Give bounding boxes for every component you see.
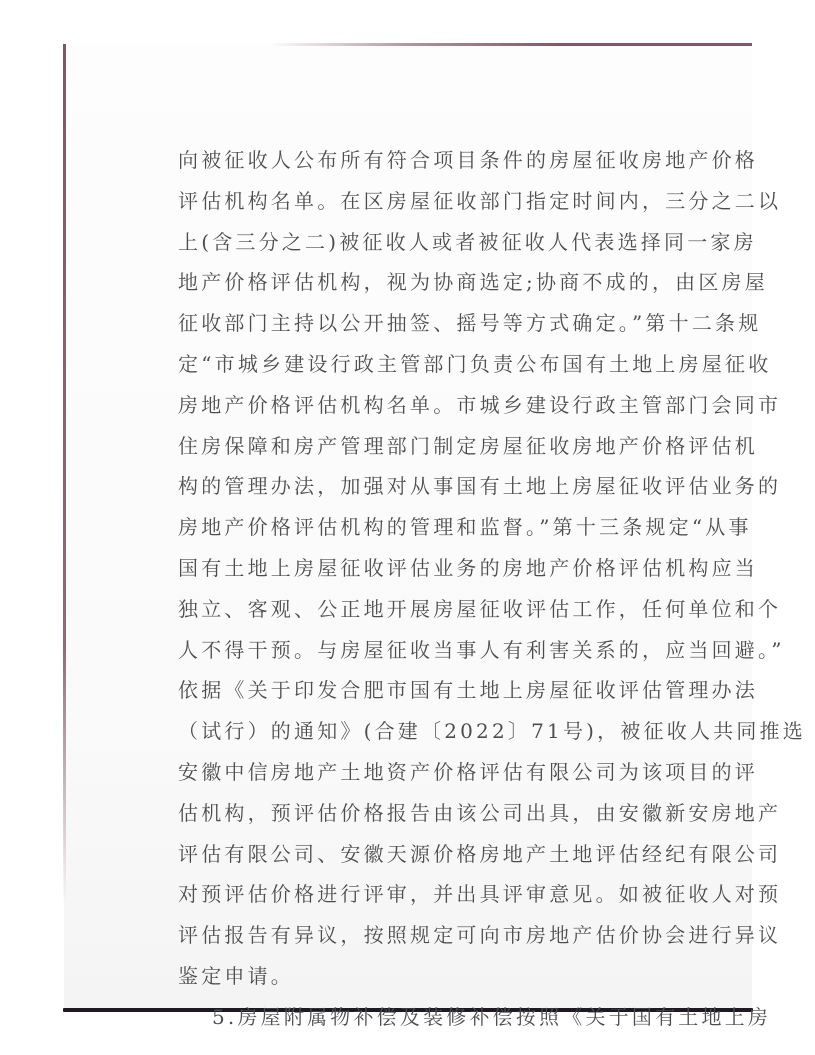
text-line: 5.房屋附属物补偿及装修补偿按照《关于国有土地上房 [178, 997, 648, 1038]
text-line: 评估报告有异议，按照规定可向市房地产估价协会进行异议 [178, 915, 648, 956]
text-line: 鉴定申请。 [178, 956, 648, 997]
page-edge-top [270, 43, 752, 46]
text-line: 上(含三分之二)被征收人或者被征收人代表选择同一家房 [178, 222, 648, 263]
paragraph-evaluation-agency: 向被征收人公布所有符合项目条件的房屋征收房地产价格 评估机构名单。在区房屋征收部… [178, 140, 648, 997]
document-body: 向被征收人公布所有符合项目条件的房屋征收房地产价格 评估机构名单。在区房屋征收部… [178, 140, 648, 1038]
text-line: 对预评估价格进行评审，并出具评审意见。如被征收人对预 [178, 874, 648, 915]
text-line: 依据《关于印发合肥市国有土地上房屋征收评估管理办法 [178, 670, 648, 711]
text-line: 构的管理办法，加强对从事国有土地上房屋征收评估业务的 [178, 466, 648, 507]
text-line: 征收部门主持以公开抽签、摇号等方式确定。”第十二条规 [178, 303, 648, 344]
text-line: 国有土地上房屋征收评估业务的房地产价格评估机构应当 [178, 548, 648, 589]
text-line: 向被征收人公布所有符合项目条件的房屋征收房地产价格 [178, 140, 648, 181]
text-line: （试行）的通知》(合建〔2022〕71号)，被征收人共同推选 [178, 711, 648, 752]
text-line: 评估有限公司、安徽天源价格房地产土地评估经纪有限公司 [178, 834, 648, 875]
paragraph-item-5: 5.房屋附属物补偿及装修补偿按照《关于国有土地上房 [178, 997, 648, 1038]
page-edge-left [63, 44, 66, 904]
text-line: 地产价格评估机构，视为协商选定;协商不成的，由区房屋 [178, 262, 648, 303]
text-line: 房地产价格评估机构名单。市城乡建设行政主管部门会同市 [178, 385, 648, 426]
text-line: 住房保障和房产管理部门制定房屋征收房地产价格评估机 [178, 426, 648, 467]
text-line: 房地产价格评估机构的管理和监督。”第十三条规定“从事 [178, 507, 648, 548]
text-line: 人不得干预。与房屋征收当事人有利害关系的，应当回避。” [178, 630, 648, 671]
text-line: 估机构，预评估价格报告由该公司出具，由安徽新安房地产 [178, 793, 648, 834]
text-line: 评估机构名单。在区房屋征收部门指定时间内，三分之二以 [178, 181, 648, 222]
text-line: 安徽中信房地产土地资产价格评估有限公司为该项目的评 [178, 752, 648, 793]
text-line: 独立、客观、公正地开展房屋征收评估工作，任何单位和个 [178, 589, 648, 630]
text-line: 定“市城乡建设行政主管部门负责公布国有土地上房屋征收 [178, 344, 648, 385]
